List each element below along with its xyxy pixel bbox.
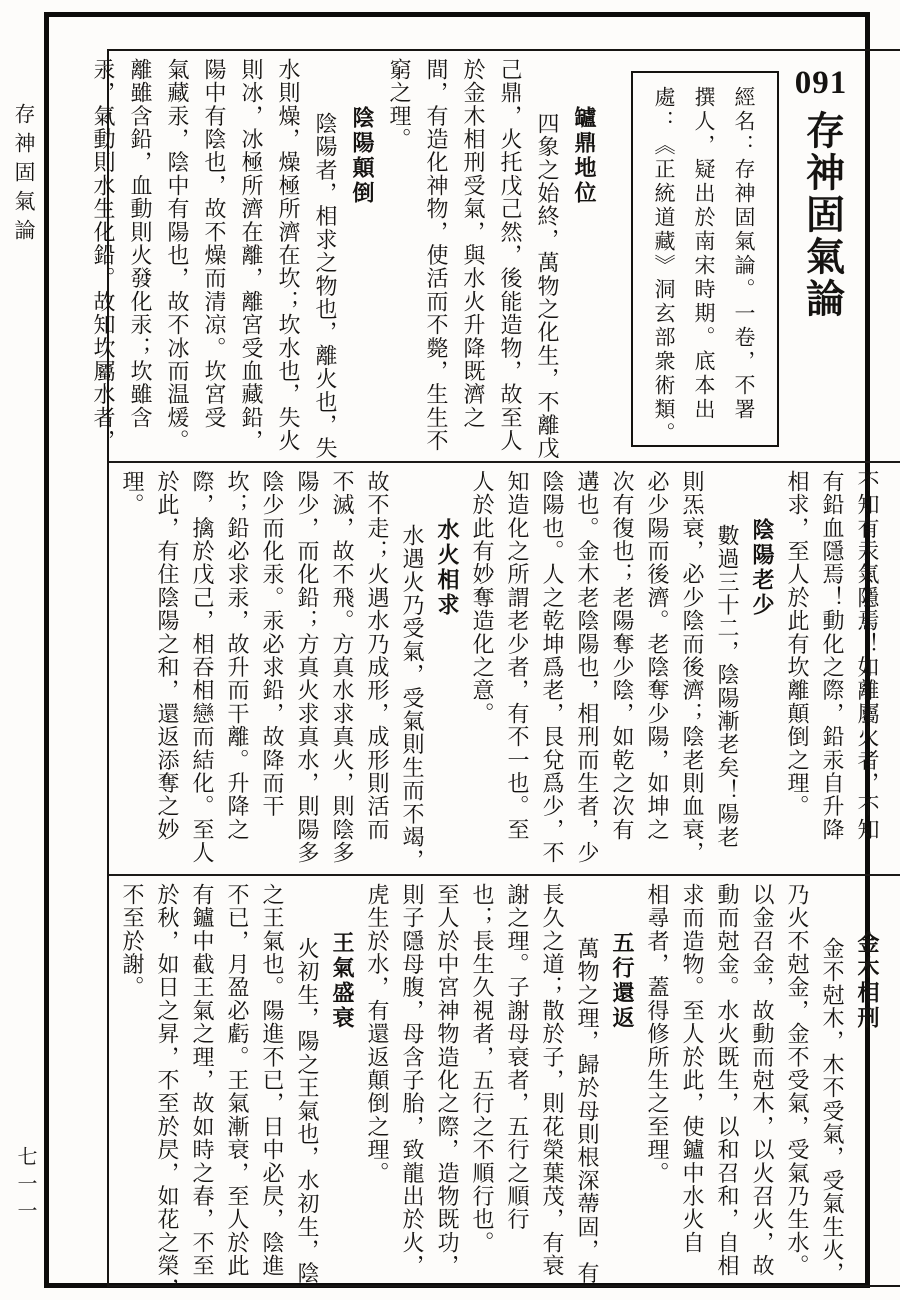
text-column: 數過三十二，陰陽漸老矣！陽老 bbox=[710, 470, 745, 869]
text-column: 陽中有陰也，故不燥而清凉。坎宮受 bbox=[196, 58, 233, 456]
page-number: 七一一 bbox=[15, 1146, 35, 1227]
text-column: 虎生於水，有還返顛倒之理。 bbox=[360, 883, 395, 1280]
text-column: 至人於中宮神物造化之際，造物既功， bbox=[430, 883, 465, 1280]
text-column: 己鼎，火托戊己然，後能造物，故至人 bbox=[492, 58, 529, 456]
text-column: 則子隱母腹，母含子胎，致龍出於火， bbox=[395, 883, 430, 1280]
text-column: 窮之理。 bbox=[381, 58, 418, 456]
text-column: 水則燥，燥極所濟在坎；坎水也，失火 bbox=[270, 58, 307, 456]
text-column: 人於此有妙奪造化之意。 bbox=[465, 470, 500, 869]
text-column: 陽少，而化鉛；方真火求真水，則陽多 bbox=[290, 470, 325, 869]
text-column: 求而造物。至人於此，使鑪中水火自 bbox=[675, 883, 710, 1280]
annotation-box: 經名：存神固氣論。一卷，不署撰人，疑出於南宋時期。底本出處：《正統道藏》洞玄部衆… bbox=[631, 71, 779, 447]
text-column: 不滅，故不飛。方真水求真火，則陰多 bbox=[325, 470, 360, 869]
annotation-box-columns: 經名：存神固氣論。一卷，不署撰人，疑出於南宋時期。底本出處：《正統道藏》洞玄部衆… bbox=[644, 86, 764, 432]
book-title: 存神固氣論 bbox=[800, 110, 843, 320]
text-column: 乃火不尅金，金不受氣，受氣乃生水。 bbox=[780, 883, 815, 1280]
section-heading-column: 五行還返 bbox=[605, 883, 640, 1280]
text-column: 際，擒於戊己，相吞相戀而結化。至人 bbox=[185, 470, 220, 869]
page-outer-border: 091 存神固氣論 經名：存神固氣論。一卷，不署撰人，疑出於南宋時期。底本出處：… bbox=[44, 12, 870, 1288]
section-upper: 091 存神固氣論 經名：存神固氣論。一卷，不署撰人，疑出於南宋時期。底本出處：… bbox=[109, 51, 900, 461]
text-column: 四象之始終，萬物之化生，不離戊 bbox=[529, 58, 566, 456]
text-column: 不已，月盈必虧。王氣漸衰，至人於此 bbox=[220, 883, 255, 1280]
text-column: 也；長生久視者，五行之不順行也。 bbox=[465, 883, 500, 1280]
section-upper-columns: 罏鼎地位四象之始終，萬物之化生，不離戊己鼎，火托戊己然，後能造物，故至人於金木相… bbox=[85, 58, 603, 456]
section-lower: 金木相刑金不尅木，木不受氣，受氣生火，乃火不尅金，金不受氣，受氣乃生水。以金召金… bbox=[109, 874, 900, 1285]
text-column: 謝之理。子謝母衰者，五行之順行 bbox=[500, 883, 535, 1280]
text-column: 於金木相刑受氣，與水火升降既濟之 bbox=[455, 58, 492, 456]
text-column: 則炁衰，必少陰而後濟；陰老則血衰， bbox=[675, 470, 710, 869]
text-column: 汞，氣動則水生化鉛。故知坎屬水者， bbox=[85, 58, 122, 456]
text-column: 必少陽而後濟。老陰奪少陽，如坤之 bbox=[640, 470, 675, 869]
text-column: 金不尅木，木不受氣，受氣生火， bbox=[815, 883, 850, 1280]
section-heading-column: 陰陽顛倒 bbox=[344, 58, 381, 456]
text-column: 水遇火乃受氣，受氣則生而不竭， bbox=[395, 470, 430, 869]
text-column: 坎；鉛必求汞，故升而干離。升降之 bbox=[220, 470, 255, 869]
text-column: 以金召金，故動而尅木，以火召火，故 bbox=[745, 883, 780, 1280]
page-inner-border: 091 存神固氣論 經名：存神固氣論。一卷，不署撰人，疑出於南宋時期。底本出處：… bbox=[107, 49, 900, 1287]
text-column: 氣藏汞，陰中有陽也，故不冰而温煖。 bbox=[159, 58, 196, 456]
text-column: 相尋者，蓋得修所生之至理。 bbox=[640, 883, 675, 1280]
section-heading-column: 陰陽老少 bbox=[745, 470, 780, 869]
text-column: 知造化之所謂老少者，有不一也。至 bbox=[500, 470, 535, 869]
section-middle-columns: 不知有汞氣隱焉！如離屬火者，不知有鉛血隱焉！動化之際，鉛汞自升降相求，至人於此有… bbox=[115, 470, 885, 869]
text-column: 長久之道；散於子，則花榮葉茂，有衰 bbox=[535, 883, 570, 1280]
text-column: 萬物之理，歸於母則根深蔕固，有 bbox=[570, 883, 605, 1280]
section-heading-column: 罏鼎地位 bbox=[566, 58, 603, 456]
text-column: 動而尅金。水火既生，以和召和，自相 bbox=[710, 883, 745, 1280]
text-column: 之王氣也。陽進不已，日中必昃，陰進 bbox=[255, 883, 290, 1280]
text-column: 於秋，如日之昇，不至於昃，如花之榮， bbox=[150, 883, 185, 1280]
section-middle: 不知有汞氣隱焉！如離屬火者，不知有鉛血隱焉！動化之際，鉛汞自升降相求，至人於此有… bbox=[109, 461, 900, 874]
text-column: 撰人，疑出於南宋時期。底本出 bbox=[684, 86, 724, 432]
text-column: 次有復也；老陽奪少陰，如乾之次有 bbox=[605, 470, 640, 869]
text-column: 則冰，冰極所濟在離，離宮受血藏鉛， bbox=[233, 58, 270, 456]
section-heading-column: 金木相刑 bbox=[850, 883, 885, 1280]
text-column: 有鉛血隱焉！動化之際，鉛汞自升降 bbox=[815, 470, 850, 869]
text-column: 不知有汞氣隱焉！如離屬火者，不知 bbox=[850, 470, 885, 869]
text-column: 於此，有住陰陽之和，還返添奪之妙 bbox=[150, 470, 185, 869]
text-column: 間，有造化神物，使活而不斃，生生不 bbox=[418, 58, 455, 456]
text-column: 陰陽也。人之乾坤爲老，艮兌爲少，不 bbox=[535, 470, 570, 869]
text-column: 離雖含鉛，血動則火發化汞；坎雖含 bbox=[122, 58, 159, 456]
text-column: 經名：存神固氣論。一卷，不署 bbox=[724, 86, 764, 432]
section-lower-columns: 金木相刑金不尅木，木不受氣，受氣生火，乃火不尅金，金不受氣，受氣乃生水。以金召金… bbox=[115, 883, 885, 1280]
text-column: 理。 bbox=[115, 470, 150, 869]
text-column: 故不走；火遇水乃成形，成形則活而 bbox=[360, 470, 395, 869]
text-column: 有鑪中截王氣之理，故如時之春，不至 bbox=[185, 883, 220, 1280]
text-column: 陰陽者，相求之物也，離火也，失 bbox=[307, 58, 344, 456]
section-heading-column: 水火相求 bbox=[430, 470, 465, 869]
text-column: 陰少而化汞。汞必求鉛，故降而干 bbox=[255, 470, 290, 869]
catalog-number: 091 bbox=[763, 65, 879, 102]
text-column: 遘也。金木老陰陽也，相刑而生者，少 bbox=[570, 470, 605, 869]
margin-title: 存神固氣論 bbox=[13, 103, 34, 248]
text-column: 火初生，陽之王氣也，水初生，陰 bbox=[290, 883, 325, 1280]
text-column: 處：《正統道藏》洞玄部衆術類。 bbox=[644, 86, 684, 432]
text-column: 相求，至人於此有坎離顛倒之理。 bbox=[780, 470, 815, 869]
book-title-block: 091 存神固氣論 bbox=[763, 65, 879, 320]
text-column: 不至於謝。 bbox=[115, 883, 150, 1280]
section-heading-column: 王氣盛衰 bbox=[325, 883, 360, 1280]
